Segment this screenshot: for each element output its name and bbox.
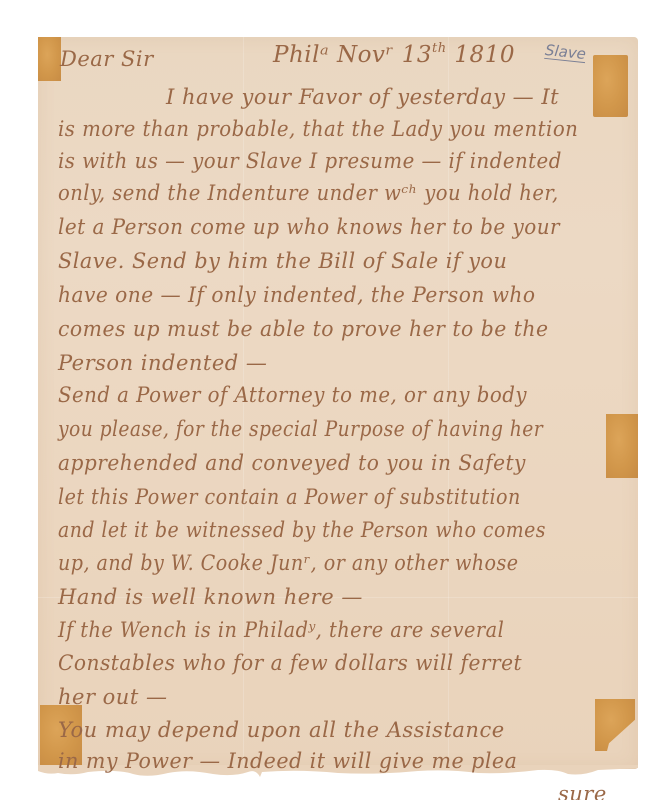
letter-paper: Slave Dear Sir Philᵃ Novʳ 13th 1810 I ha… — [38, 37, 638, 769]
letter-line: have one — If only indented, the Person … — [58, 283, 536, 307]
letter-line: you please, for the special Purpose of h… — [58, 417, 543, 441]
letter-line: up, and by W. Cooke Junʳ, or any other w… — [58, 551, 519, 575]
letter-line: Constables who for a few dollars will fe… — [58, 651, 522, 675]
letter-line: You may depend upon all the Assistance — [58, 718, 505, 742]
pencil-annotation: Slave — [544, 41, 587, 63]
letter-line: I have your Favor of yesterday — It — [166, 85, 559, 109]
document-viewer: Slave Dear Sir Philᵃ Novʳ 13th 1810 I ha… — [0, 0, 670, 800]
letter-line: comes up must be able to prove her to be… — [58, 317, 549, 341]
letter-line: is more than probable, that the Lady you… — [58, 117, 578, 141]
salutation: Dear Sir — [60, 47, 154, 71]
tape-residue-top-left — [38, 37, 61, 81]
letter-line: her out — — [58, 685, 167, 709]
date-year: 1810 — [454, 42, 515, 68]
date-month: Novʳ — [337, 42, 394, 68]
tape-residue-bottom-right — [595, 699, 635, 751]
tape-residue-middle-right — [606, 414, 638, 478]
letter-line: apprehended and conveyed to you in Safet… — [58, 451, 526, 475]
letter-line: Person indented — — [58, 351, 267, 375]
letter-line: If the Wench is in Philadʸ, there are se… — [58, 618, 504, 642]
tape-residue-top-right — [593, 55, 628, 117]
letter-line: let this Power contain a Power of substi… — [58, 485, 521, 509]
letter-line: Slave. Send by him the Bill of Sale if y… — [58, 249, 507, 273]
letter-line: let a Person come up who knows her to be… — [58, 215, 560, 239]
letter-line: sure — [558, 782, 607, 800]
letter-line: in my Power — Indeed it will give me ple… — [58, 749, 517, 773]
letter-line: only, send the Indenture under wᶜʰ you h… — [58, 181, 559, 205]
letter-line: and let it be witnessed by the Person wh… — [58, 518, 546, 542]
dateline: Philᵃ Novʳ 13th 1810 — [273, 41, 515, 68]
letter-line: Send a Power of Attorney to me, or any b… — [58, 383, 527, 407]
date-place: Philᵃ — [273, 42, 329, 68]
date-day: 13 — [402, 42, 432, 68]
letter-line: is with us — your Slave I presume — if i… — [58, 149, 562, 173]
date-day-suffix: th — [432, 41, 447, 56]
letter-line: Hand is well known here — — [58, 585, 363, 609]
